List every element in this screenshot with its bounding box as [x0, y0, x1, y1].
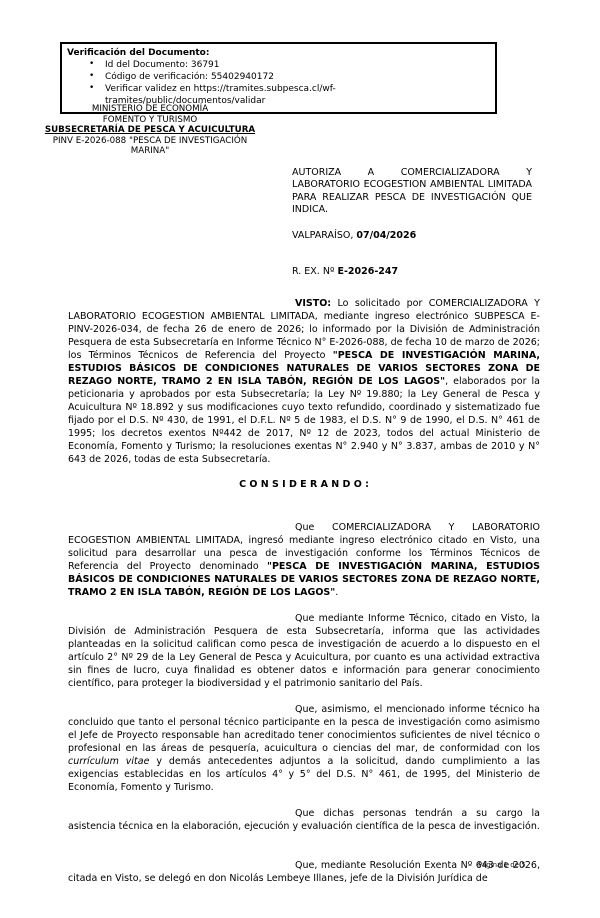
verification-item-text: Código de verificación: 55402940172 [105, 72, 274, 82]
considerando-heading: C O N S I D E R A N D O : [68, 478, 540, 491]
verification-item-text: Verificar validez en https://tramites.su… [105, 84, 336, 106]
considerando-paragraph-3: Que, asimismo, el mencionado informe téc… [68, 703, 540, 794]
visto-paragraph: VISTO: Lo solicitado por COMERCIALIZADOR… [68, 297, 540, 466]
page-footer: Página 1 de 5 [478, 861, 526, 870]
visto-text: , elaborados por la peticionaria y aprob… [68, 376, 540, 465]
department-line: FOMENTO Y TURISMO [42, 115, 258, 126]
paragraph-text: . [335, 587, 338, 598]
verification-item-text: Id del Documento: 36791 [105, 60, 220, 70]
ministry-line: MINISTERIO DE ECONOMÍA [42, 104, 258, 115]
considerando-paragraph-5: Que, mediante Resolución Exenta Nº 643 d… [68, 859, 540, 885]
bullet-icon: • [89, 58, 94, 70]
place-label: VALPARAÍSO, [292, 230, 353, 241]
resolution-prefix: R. EX. Nº [292, 266, 334, 277]
visto-label: VISTO: [295, 298, 331, 309]
body-text: VISTO: Lo solicitado por COMERCIALIZADOR… [68, 297, 540, 885]
document-page: Verificación del Documento: • Id del Doc… [0, 0, 600, 918]
place-date-line: VALPARAÍSO, 07/04/2026 [292, 230, 532, 242]
verification-item-id: • Id del Documento: 36791 [67, 59, 491, 71]
date-value: 07/04/2026 [356, 230, 416, 241]
project-ref-line: PINV E-2026-088 "PESCA DE INVESTIGACIÓN … [42, 136, 258, 157]
considerando-paragraph-2: Que mediante Informe Técnico, citado en … [68, 612, 540, 690]
resolution-number: E-2026-247 [337, 266, 398, 277]
letterhead: MINISTERIO DE ECONOMÍA FOMENTO Y TURISMO… [42, 104, 258, 157]
latin-term: currículum vitae [68, 756, 149, 767]
resolution-number-line: R. EX. Nº E-2026-247 [292, 266, 532, 278]
title-block: AUTORIZA A COMERCIALIZADORA Y LABORATORI… [292, 167, 532, 278]
bullet-icon: • [89, 82, 94, 94]
considerando-paragraph-1: Que COMERCIALIZADORA Y LABORATORIO ECOGE… [68, 521, 540, 599]
subsecretaria-line: SUBSECRETARÍA DE PESCA Y ACUICULTURA [42, 125, 258, 136]
considerando-paragraph-4: Que dichas personas tendrán a su cargo l… [68, 807, 540, 833]
verification-title: Verificación del Documento: [67, 47, 491, 59]
verification-item-code: • Código de verificación: 55402940172 [67, 71, 491, 83]
paragraph-text: Que, asimismo, el mencionado informe téc… [68, 704, 540, 754]
subject-paragraph: AUTORIZA A COMERCIALIZADORA Y LABORATORI… [292, 167, 532, 217]
bullet-icon: • [89, 70, 94, 82]
